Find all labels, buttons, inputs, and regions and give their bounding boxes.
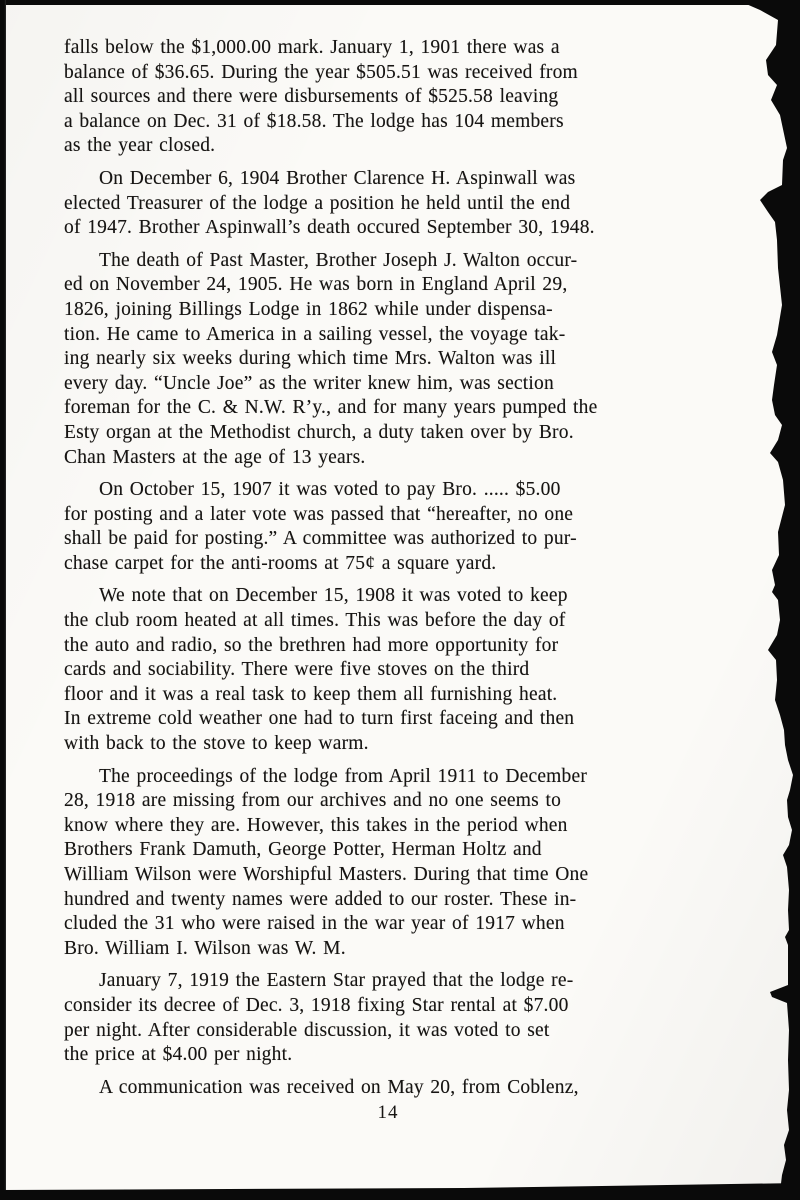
scanned-page: falls below the $1,000.00 mark. January … — [0, 0, 800, 1200]
paragraph: We note that on December 15, 1908 it was… — [64, 584, 726, 756]
scan-edge-top — [0, 0, 800, 5]
paragraph: A communication was received on May 20, … — [64, 1076, 726, 1101]
paragraph: falls below the $1,000.00 mark. January … — [64, 36, 726, 159]
paragraph: January 7, 1919 the Eastern Star prayed … — [64, 969, 726, 1067]
page-text: falls below the $1,000.00 mark. January … — [64, 36, 726, 1108]
paragraph: On October 15, 1907 it was voted to pay … — [64, 478, 726, 576]
paragraph: The proceedings of the lodge from April … — [64, 765, 726, 962]
scan-torn-edge-right — [730, 0, 800, 1200]
scan-edge-bottom — [0, 1180, 800, 1200]
paragraph: The death of Past Master, Brother Joseph… — [64, 249, 726, 470]
page-number: 14 — [0, 1102, 776, 1124]
paragraph: On December 6, 1904 Brother Clarence H. … — [64, 167, 726, 241]
scan-edge-left — [0, 0, 6, 1200]
